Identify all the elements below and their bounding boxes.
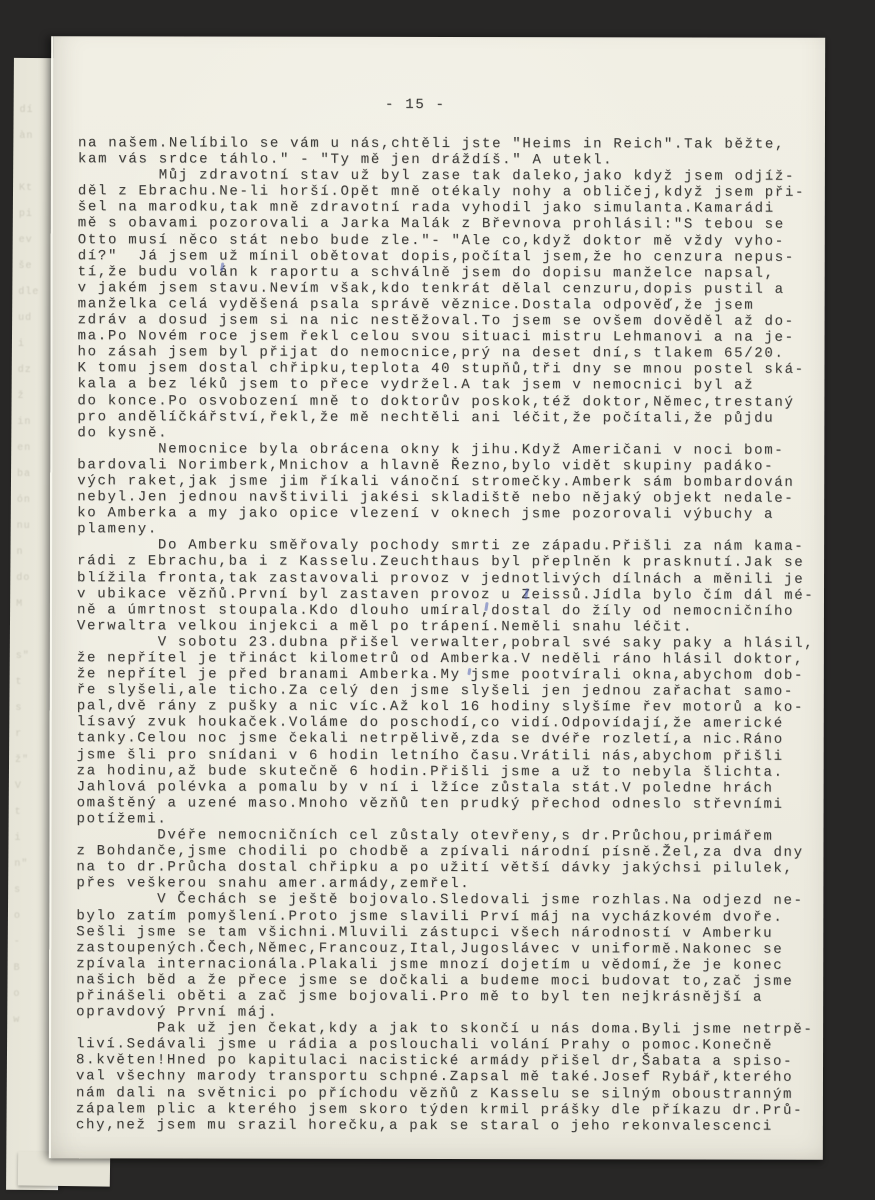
page-number: - 15 -: [385, 97, 825, 114]
scan-background: dí àn Kt pi ev še dle ud i dz ž in en ba…: [0, 0, 875, 1200]
document-page: - 15 - na našem.Nelíbilo se vám u nás,ch…: [49, 36, 825, 1160]
typewritten-text: na našem.Nelíbilo se vám u nás,chtěli js…: [76, 135, 811, 1134]
